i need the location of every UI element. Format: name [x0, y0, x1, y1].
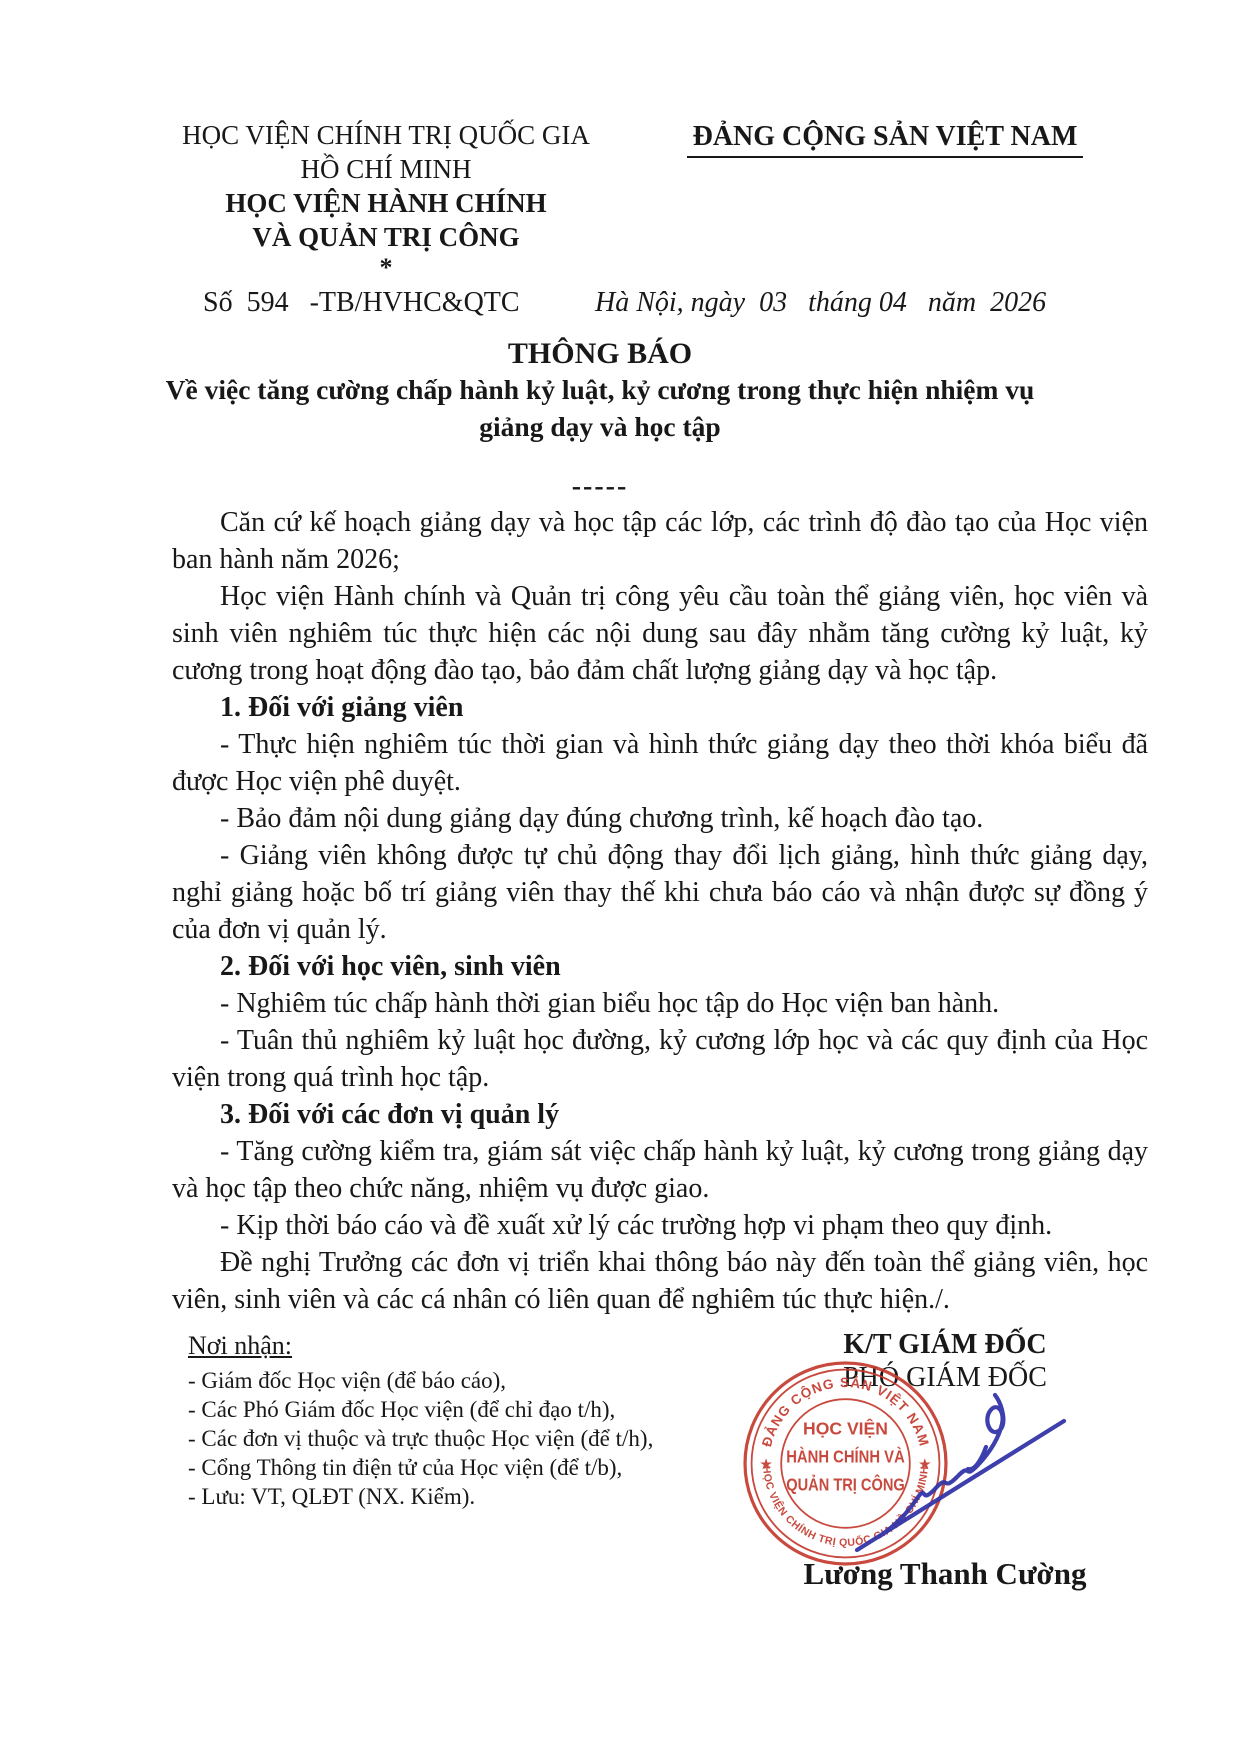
- document-body: Căn cứ kế hoạch giảng dạy và học tập các…: [172, 504, 1148, 1318]
- recipient-item: - Cổng Thông tin điện tử của Học viện (đ…: [188, 1453, 748, 1482]
- title-separator-dashes: -----: [110, 470, 1090, 504]
- handwritten-signature: [830, 1375, 1120, 1560]
- title-block: THÔNG BÁO Về việc tăng cường chấp hành k…: [110, 337, 1090, 445]
- signer-name: Lương Thanh Cường: [700, 1556, 1190, 1592]
- issuing-org-block: HỌC VIỆN CHÍNH TRỊ QUỐC GIA HỒ CHÍ MINH …: [148, 118, 624, 282]
- paragraph: Đề nghị Trưởng các đơn vị triển khai thô…: [172, 1244, 1148, 1318]
- paragraph: Học viện Hành chính và Quản trị công yêu…: [172, 578, 1148, 689]
- document-number: Số 594 -TB/HVHC&QTC: [203, 287, 520, 319]
- paragraph: - Tăng cường kiểm tra, giám sát việc chấ…: [172, 1133, 1148, 1207]
- recipient-item: - Giám đốc Học viện (để báo cáo),: [188, 1366, 748, 1395]
- section-heading-3: 3. Đối với các đơn vị quản lý: [172, 1096, 1148, 1133]
- parent-org-line2: HỒ CHÍ MINH: [148, 152, 624, 186]
- party-motto: ĐẢNG CỘNG SẢN VIỆT NAM: [687, 121, 1084, 158]
- document-subject-line2: giảng dạy và học tập: [110, 408, 1090, 445]
- org-name-line2: VÀ QUẢN TRỊ CÔNG: [148, 220, 624, 254]
- paragraph: - Kịp thời báo cáo và đề xuất xử lý các …: [172, 1207, 1148, 1244]
- paragraph: - Thực hiện nghiêm túc thời gian và hình…: [172, 726, 1148, 800]
- org-star-separator: *: [148, 254, 624, 282]
- org-name-line1: HỌC VIỆN HÀNH CHÍNH: [148, 186, 624, 220]
- paragraph: - Nghiêm túc chấp hành thời gian biểu họ…: [172, 985, 1148, 1022]
- paragraph: - Bảo đảm nội dung giảng dạy đúng chương…: [172, 800, 1148, 837]
- signature-stroke: [968, 1447, 986, 1469]
- paragraph: - Giảng viên không được tự chủ động thay…: [172, 837, 1148, 948]
- document-page: HỌC VIỆN CHÍNH TRỊ QUỐC GIA HỒ CHÍ MINH …: [0, 0, 1241, 1754]
- place-date-line: Hà Nội, ngày 03 tháng 04 năm 2026: [595, 287, 1035, 319]
- section-heading-1: 1. Đối với giảng viên: [172, 689, 1148, 726]
- document-type-title: THÔNG BÁO: [110, 337, 1090, 371]
- recipient-item: - Các Phó Giám đốc Học viện (để chỉ đạo …: [188, 1395, 748, 1424]
- stamp-star-left-icon: ★: [760, 1457, 772, 1472]
- recipients-label: Nơi nhận:: [188, 1332, 748, 1360]
- section-heading-2: 2. Đối với học viên, sinh viên: [172, 948, 1148, 985]
- signature-stroke: [880, 1395, 1003, 1536]
- party-motto-block: ĐẢNG CỘNG SẢN VIỆT NAM: [630, 121, 1140, 158]
- signing-authority: K/T GIÁM ĐỐC: [700, 1328, 1190, 1362]
- document-subject-line1: Về việc tăng cường chấp hành kỷ luật, kỷ…: [110, 371, 1090, 408]
- recipient-item: - Các đơn vị thuộc và trực thuộc Học việ…: [188, 1424, 748, 1453]
- recipient-item: - Lưu: VT, QLĐT (NX. Kiểm).: [188, 1482, 748, 1511]
- recipients-block: Nơi nhận: - Giám đốc Học viện (để báo cá…: [188, 1332, 748, 1511]
- parent-org-line1: HỌC VIỆN CHÍNH TRỊ QUỐC GIA: [148, 118, 624, 152]
- paragraph: - Tuân thủ nghiêm kỷ luật học đường, kỷ …: [172, 1022, 1148, 1096]
- paragraph: Căn cứ kế hoạch giảng dạy và học tập các…: [172, 504, 1148, 578]
